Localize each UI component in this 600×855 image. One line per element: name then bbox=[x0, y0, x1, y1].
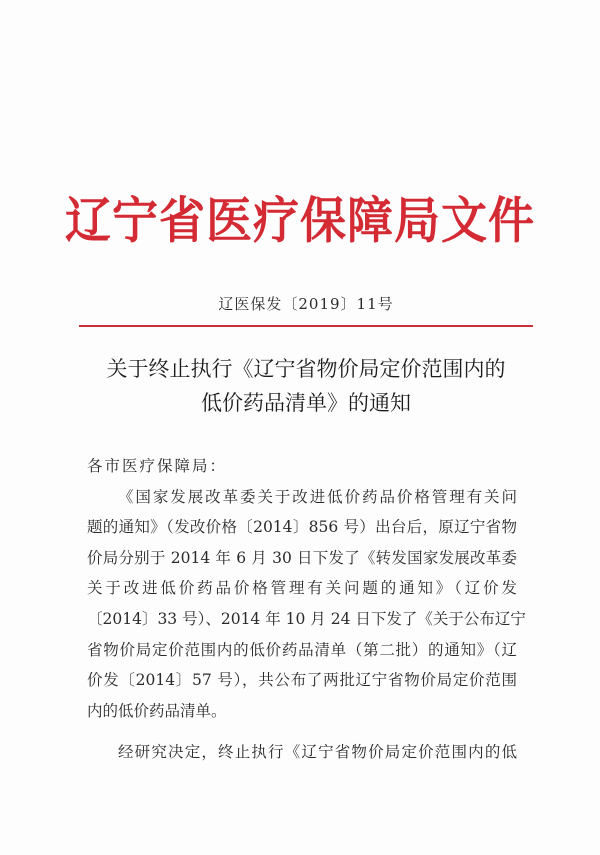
paragraph-1: 《国家发展改革委关于改进低价药品价格管理有关问 题的通知》（发改价格〔2014〕… bbox=[87, 482, 517, 727]
paragraph-line: 关于改进低价药品价格管理有关问题的通知》（辽价发 bbox=[87, 573, 517, 604]
paragraph-2: 经研究决定，终止执行《辽宁省物价局定价范围内的低 bbox=[87, 737, 517, 768]
notice-title: 关于终止执行《辽宁省物价局定价范围内的 低价药品清单》的通知 bbox=[60, 352, 552, 420]
document-masthead: 辽宁省医疗保障局文件 bbox=[0, 188, 600, 253]
notice-title-line-2: 低价药品清单》的通知 bbox=[60, 386, 552, 420]
paragraph-line: 内的低价药品清单。 bbox=[87, 696, 517, 727]
paragraph-line: 经研究决定，终止执行《辽宁省物价局定价范围内的低 bbox=[87, 737, 517, 768]
document-page: 辽宁省医疗保障局文件 辽医保发〔2019〕11号 关于终止执行《辽宁省物价局定价… bbox=[0, 0, 600, 855]
notice-title-line-1: 关于终止执行《辽宁省物价局定价范围内的 bbox=[60, 352, 552, 386]
paragraph-line: 题的通知》（发改价格〔2014〕856 号）出台后，原辽宁省物 bbox=[87, 512, 517, 543]
paragraph-line: 《国家发展改革委关于改进低价药品价格管理有关问 bbox=[87, 482, 517, 513]
paragraph-line: 价发〔2014〕57 号），共公布了两批辽宁省物价局定价范围 bbox=[87, 665, 517, 696]
notice-body: 各市医疗保障局： 《国家发展改革委关于改进低价药品价格管理有关问 题的通知》（发… bbox=[87, 451, 517, 768]
red-divider-line bbox=[79, 325, 533, 327]
paragraph-line: 价局分别于 2014 年 6 月 30 日下发了《转发国家发展改革委 bbox=[87, 543, 517, 574]
paragraph-line: 〔2014〕33 号）、2014 年 10 月 24 日下发了《关于公布辽宁 bbox=[87, 604, 517, 635]
salutation: 各市医疗保障局： bbox=[87, 451, 517, 482]
paragraph-gap bbox=[87, 726, 517, 737]
document-number: 辽医保发〔2019〕11号 bbox=[0, 294, 600, 314]
paragraph-line: 省物价局定价范围内的低价药品清单（第二批）的通知》（辽 bbox=[87, 635, 517, 666]
